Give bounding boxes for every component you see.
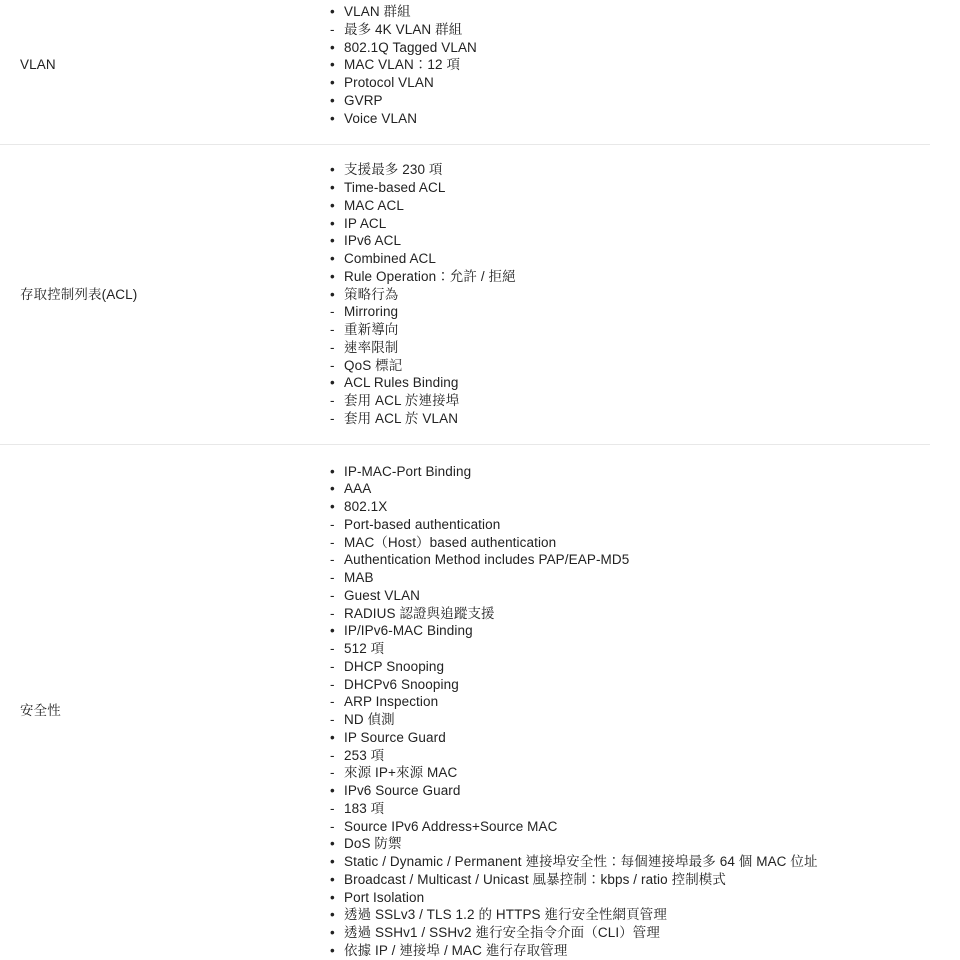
bullet-marker: •	[330, 74, 344, 92]
spec-item: -來源 IP+來源 MAC	[330, 764, 930, 782]
spec-item-list: •支援最多 230 項•Time-based ACL•MAC ACL•IP AC…	[330, 161, 930, 427]
spec-item: •Time-based ACL	[330, 179, 930, 197]
spec-item-text: Static / Dynamic / Permanent 連接埠安全性：每個連接…	[344, 853, 818, 871]
spec-item-text: 透過 SSLv3 / TLS 1.2 的 HTTPS 進行安全性網頁管理	[344, 906, 667, 924]
bullet-marker: •	[330, 906, 344, 924]
spec-item: •Port Isolation	[330, 889, 930, 907]
spec-item: •策略行為	[330, 286, 930, 304]
spec-item-text: 重新導向	[344, 321, 398, 339]
bullet-marker: •	[330, 232, 344, 250]
spec-item-text: Port Isolation	[344, 889, 424, 907]
spec-item: •IPv6 ACL	[330, 232, 930, 250]
spec-item-list: •IP-MAC-Port Binding•AAA•802.1X-Port-bas…	[330, 463, 930, 960]
spec-item: •ACL Rules Binding	[330, 374, 930, 392]
spec-item: •DoS 防禦	[330, 835, 930, 853]
dash-marker: -	[330, 587, 344, 605]
spec-item: -512 項	[330, 640, 930, 658]
spec-item: -Guest VLAN	[330, 587, 930, 605]
spec-item-text: IPv6 ACL	[344, 232, 401, 250]
spec-item: -DHCPv6 Snooping	[330, 676, 930, 694]
spec-item: -重新導向	[330, 321, 930, 339]
spec-item-text: DHCP Snooping	[344, 658, 444, 676]
spec-item-text: 來源 IP+來源 MAC	[344, 764, 457, 782]
bullet-marker: •	[330, 889, 344, 907]
dash-marker: -	[330, 569, 344, 587]
bullet-marker: •	[330, 729, 344, 747]
spec-item: -183 項	[330, 800, 930, 818]
spec-item-text: RADIUS 認證與追蹤支援	[344, 605, 495, 623]
bullet-marker: •	[330, 161, 344, 179]
spec-item-text: MAC（Host）based authentication	[344, 534, 556, 552]
spec-item: •Voice VLAN	[330, 110, 930, 128]
spec-item-text: Combined ACL	[344, 250, 436, 268]
spec-item: -速率限制	[330, 339, 930, 357]
spec-item: •依據 IP / 連接埠 / MAC 進行存取管理	[330, 942, 930, 960]
spec-item-text: 套用 ACL 於 VLAN	[344, 410, 458, 428]
dash-marker: -	[330, 410, 344, 428]
spec-item-text: 802.1X	[344, 498, 387, 516]
spec-item: •透過 SSHv1 / SSHv2 進行安全指令介面（CLI）管理	[330, 924, 930, 942]
spec-item: -RADIUS 認證與追蹤支援	[330, 605, 930, 623]
dash-marker: -	[330, 534, 344, 552]
bullet-marker: •	[330, 942, 344, 960]
spec-item: -Mirroring	[330, 303, 930, 321]
spec-item: -253 項	[330, 747, 930, 765]
bullet-marker: •	[330, 782, 344, 800]
dash-marker: -	[330, 764, 344, 782]
bullet-marker: •	[330, 215, 344, 233]
spec-item-text: IP Source Guard	[344, 729, 446, 747]
spec-item-text: MAB	[344, 569, 374, 587]
dash-marker: -	[330, 339, 344, 357]
dash-marker: -	[330, 676, 344, 694]
dash-marker: -	[330, 747, 344, 765]
spec-item-text: QoS 標記	[344, 357, 402, 375]
spec-item-text: Protocol VLAN	[344, 74, 434, 92]
spec-item: •Protocol VLAN	[330, 74, 930, 92]
spec-item: -MAB	[330, 569, 930, 587]
spec-item: -套用 ACL 於 VLAN	[330, 410, 930, 428]
spec-item: •Rule Operation：允許 / 拒絕	[330, 268, 930, 286]
spec-item: •AAA	[330, 480, 930, 498]
bullet-marker: •	[330, 39, 344, 57]
spec-item-text: AAA	[344, 480, 371, 498]
bullet-marker: •	[330, 924, 344, 942]
spec-item: •Combined ACL	[330, 250, 930, 268]
spec-item: •Broadcast / Multicast / Unicast 風暴控制：kb…	[330, 871, 930, 889]
spec-item: -Source IPv6 Address+Source MAC	[330, 818, 930, 836]
spec-row-security: 安全性•IP-MAC-Port Binding•AAA•802.1X-Port-…	[0, 444, 930, 960]
spec-row-vlan: VLAN•VLAN 群組-最多 4K VLAN 群組•802.1Q Tagged…	[0, 0, 930, 144]
spec-item: •IPv6 Source Guard	[330, 782, 930, 800]
spec-item: •IP Source Guard	[330, 729, 930, 747]
dash-marker: -	[330, 658, 344, 676]
bullet-marker: •	[330, 56, 344, 74]
spec-item-text: MAC ACL	[344, 197, 404, 215]
spec-item: -ARP Inspection	[330, 693, 930, 711]
spec-item: •GVRP	[330, 92, 930, 110]
spec-row-acl: 存取控制列表(ACL)•支援最多 230 項•Time-based ACL•MA…	[0, 144, 930, 443]
bullet-marker: •	[330, 92, 344, 110]
spec-item-text: Mirroring	[344, 303, 398, 321]
spec-item-text: GVRP	[344, 92, 383, 110]
dash-marker: -	[330, 321, 344, 339]
spec-item: •支援最多 230 項	[330, 161, 930, 179]
spec-item-text: 253 項	[344, 747, 384, 765]
spec-item-text: Guest VLAN	[344, 587, 420, 605]
spec-item-list: •VLAN 群組-最多 4K VLAN 群組•802.1Q Tagged VLA…	[330, 3, 930, 127]
spec-item: -DHCP Snooping	[330, 658, 930, 676]
spec-item: -QoS 標記	[330, 357, 930, 375]
spec-item: •透過 SSLv3 / TLS 1.2 的 HTTPS 進行安全性網頁管理	[330, 906, 930, 924]
spec-item-text: ND 偵測	[344, 711, 395, 729]
spec-item-text: IPv6 Source Guard	[344, 782, 461, 800]
spec-item-text: 512 項	[344, 640, 384, 658]
dash-marker: -	[330, 693, 344, 711]
spec-item-text: DoS 防禦	[344, 835, 402, 853]
bullet-marker: •	[330, 622, 344, 640]
spec-table: VLAN•VLAN 群組-最多 4K VLAN 群組•802.1Q Tagged…	[0, 0, 930, 960]
spec-item-text: Broadcast / Multicast / Unicast 風暴控制：kbp…	[344, 871, 726, 889]
spec-item-text: 策略行為	[344, 286, 398, 304]
dash-marker: -	[330, 303, 344, 321]
spec-item-text: 套用 ACL 於連接埠	[344, 392, 459, 410]
spec-item-text: Source IPv6 Address+Source MAC	[344, 818, 557, 836]
bullet-marker: •	[330, 3, 344, 21]
bullet-marker: •	[330, 374, 344, 392]
bullet-marker: •	[330, 480, 344, 498]
dash-marker: -	[330, 818, 344, 836]
spec-item: -Authentication Method includes PAP/EAP-…	[330, 551, 930, 569]
spec-item-text: IP/IPv6-MAC Binding	[344, 622, 473, 640]
spec-item: -最多 4K VLAN 群組	[330, 21, 930, 39]
spec-item-text: IP-MAC-Port Binding	[344, 463, 471, 481]
spec-item-text: DHCPv6 Snooping	[344, 676, 459, 694]
spec-item: -套用 ACL 於連接埠	[330, 392, 930, 410]
spec-item-text: 依據 IP / 連接埠 / MAC 進行存取管理	[344, 942, 567, 960]
dash-marker: -	[330, 711, 344, 729]
bullet-marker: •	[330, 197, 344, 215]
spec-item-text: Rule Operation：允許 / 拒絕	[344, 268, 516, 286]
spec-item-text: 透過 SSHv1 / SSHv2 進行安全指令介面（CLI）管理	[344, 924, 660, 942]
spec-item-text: Port-based authentication	[344, 516, 500, 534]
spec-item-text: 最多 4K VLAN 群組	[344, 21, 462, 39]
spec-item: •802.1X	[330, 498, 930, 516]
spec-row-label: 安全性	[0, 702, 330, 720]
dash-marker: -	[330, 800, 344, 818]
spec-item-text: VLAN 群組	[344, 3, 411, 21]
dash-marker: -	[330, 605, 344, 623]
spec-item-text: 183 項	[344, 800, 384, 818]
spec-item: •IP/IPv6-MAC Binding	[330, 622, 930, 640]
bullet-marker: •	[330, 286, 344, 304]
spec-item-text: Authentication Method includes PAP/EAP-M…	[344, 551, 629, 569]
bullet-marker: •	[330, 268, 344, 286]
spec-item: -ND 偵測	[330, 711, 930, 729]
spec-item: •IP-MAC-Port Binding	[330, 463, 930, 481]
bullet-marker: •	[330, 871, 344, 889]
dash-marker: -	[330, 551, 344, 569]
spec-item: -Port-based authentication	[330, 516, 930, 534]
bullet-marker: •	[330, 463, 344, 481]
spec-item-text: ARP Inspection	[344, 693, 438, 711]
spec-item-text: IP ACL	[344, 215, 386, 233]
dash-marker: -	[330, 640, 344, 658]
spec-item: •IP ACL	[330, 215, 930, 233]
bullet-marker: •	[330, 835, 344, 853]
spec-item: •Static / Dynamic / Permanent 連接埠安全性：每個連…	[330, 853, 930, 871]
spec-item-text: 速率限制	[344, 339, 398, 357]
dash-marker: -	[330, 516, 344, 534]
bullet-marker: •	[330, 110, 344, 128]
spec-row-label: VLAN	[0, 56, 330, 74]
spec-item-text: 支援最多 230 項	[344, 161, 443, 179]
spec-item-text: 802.1Q Tagged VLAN	[344, 39, 477, 57]
dash-marker: -	[330, 21, 344, 39]
spec-item-text: MAC VLAN：12 項	[344, 56, 460, 74]
spec-item-text: Time-based ACL	[344, 179, 445, 197]
spec-item: •MAC VLAN：12 項	[330, 56, 930, 74]
spec-item: •VLAN 群組	[330, 3, 930, 21]
bullet-marker: •	[330, 179, 344, 197]
spec-item-text: ACL Rules Binding	[344, 374, 459, 392]
spec-item: •802.1Q Tagged VLAN	[330, 39, 930, 57]
spec-row-label: 存取控制列表(ACL)	[0, 286, 330, 304]
spec-item: •MAC ACL	[330, 197, 930, 215]
spec-item-text: Voice VLAN	[344, 110, 417, 128]
bullet-marker: •	[330, 853, 344, 871]
dash-marker: -	[330, 392, 344, 410]
dash-marker: -	[330, 357, 344, 375]
bullet-marker: •	[330, 250, 344, 268]
bullet-marker: •	[330, 498, 344, 516]
spec-item: -MAC（Host）based authentication	[330, 534, 930, 552]
